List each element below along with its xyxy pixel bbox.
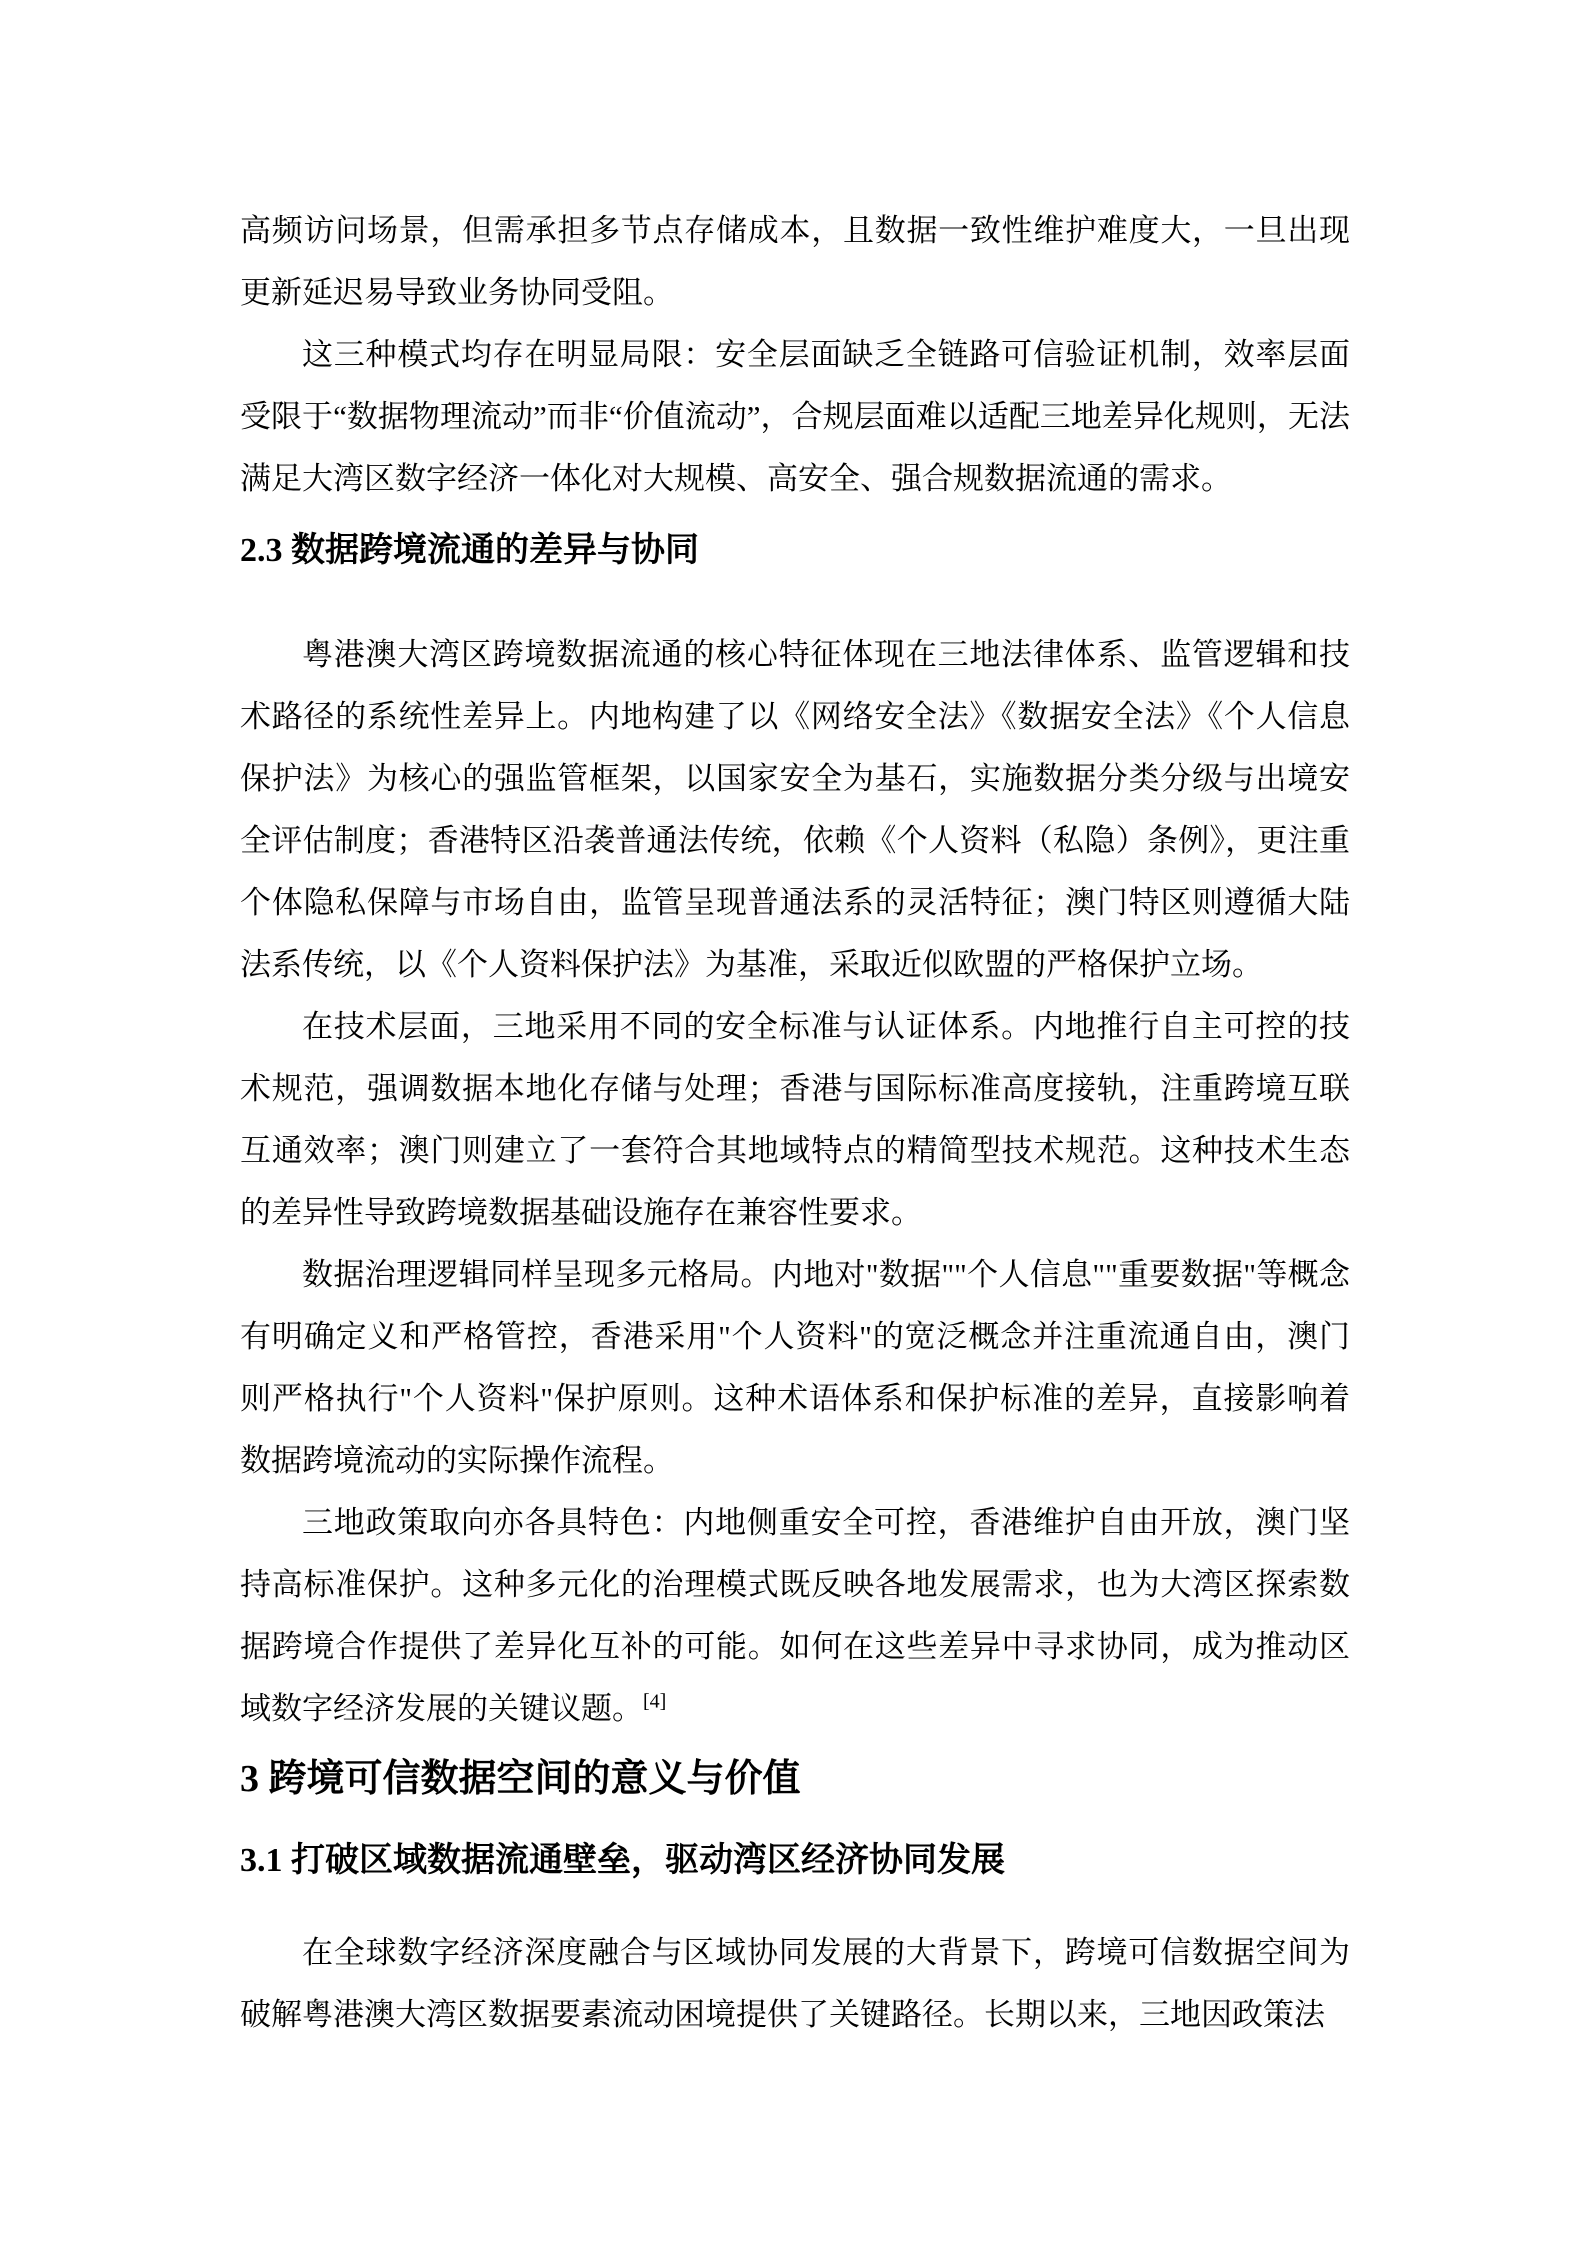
section-heading-2-3: 2.3 数据跨境流通的差异与协同 [240, 526, 1350, 576]
paragraph-continuation: 高频访问场景，但需承担多节点存储成本，且数据一致性维护难度大，一旦出现更新延迟易… [240, 200, 1350, 324]
document-page: 高频访问场景，但需承担多节点存储成本，且数据一致性维护难度大，一旦出现更新延迟易… [0, 0, 1587, 2245]
paragraph: 数据治理逻辑同样呈现多元格局。内地对"数据""个人信息""重要数据"等概念有明确… [240, 1244, 1350, 1492]
section-heading-3-1: 3.1 打破区域数据流通壁垒，驱动湾区经济协同发展 [240, 1836, 1350, 1886]
paragraph: 三地政策取向亦各具特色：内地侧重安全可控，香港维护自由开放，澳门坚持高标准保护。… [240, 1492, 1350, 1740]
footnote-reference: [4] [643, 1691, 666, 1713]
paragraph: 这三种模式均存在明显局限：安全层面缺乏全链路可信验证机制，效率层面受限于“数据物… [240, 324, 1350, 510]
paragraph-text: 三地政策取向亦各具特色：内地侧重安全可控，香港维护自由开放，澳门坚持高标准保护。… [240, 1505, 1350, 1726]
paragraph: 在全球数字经济深度融合与区域协同发展的大背景下，跨境可信数据空间为破解粤港澳大湾… [240, 1922, 1350, 2046]
paragraph: 粤港澳大湾区跨境数据流通的核心特征体现在三地法律体系、监管逻辑和技术路径的系统性… [240, 624, 1350, 996]
chapter-heading-3: 3 跨境可信数据空间的意义与价值 [240, 1752, 1350, 1806]
paragraph: 在技术层面，三地采用不同的安全标准与认证体系。内地推行自主可控的技术规范，强调数… [240, 996, 1350, 1244]
